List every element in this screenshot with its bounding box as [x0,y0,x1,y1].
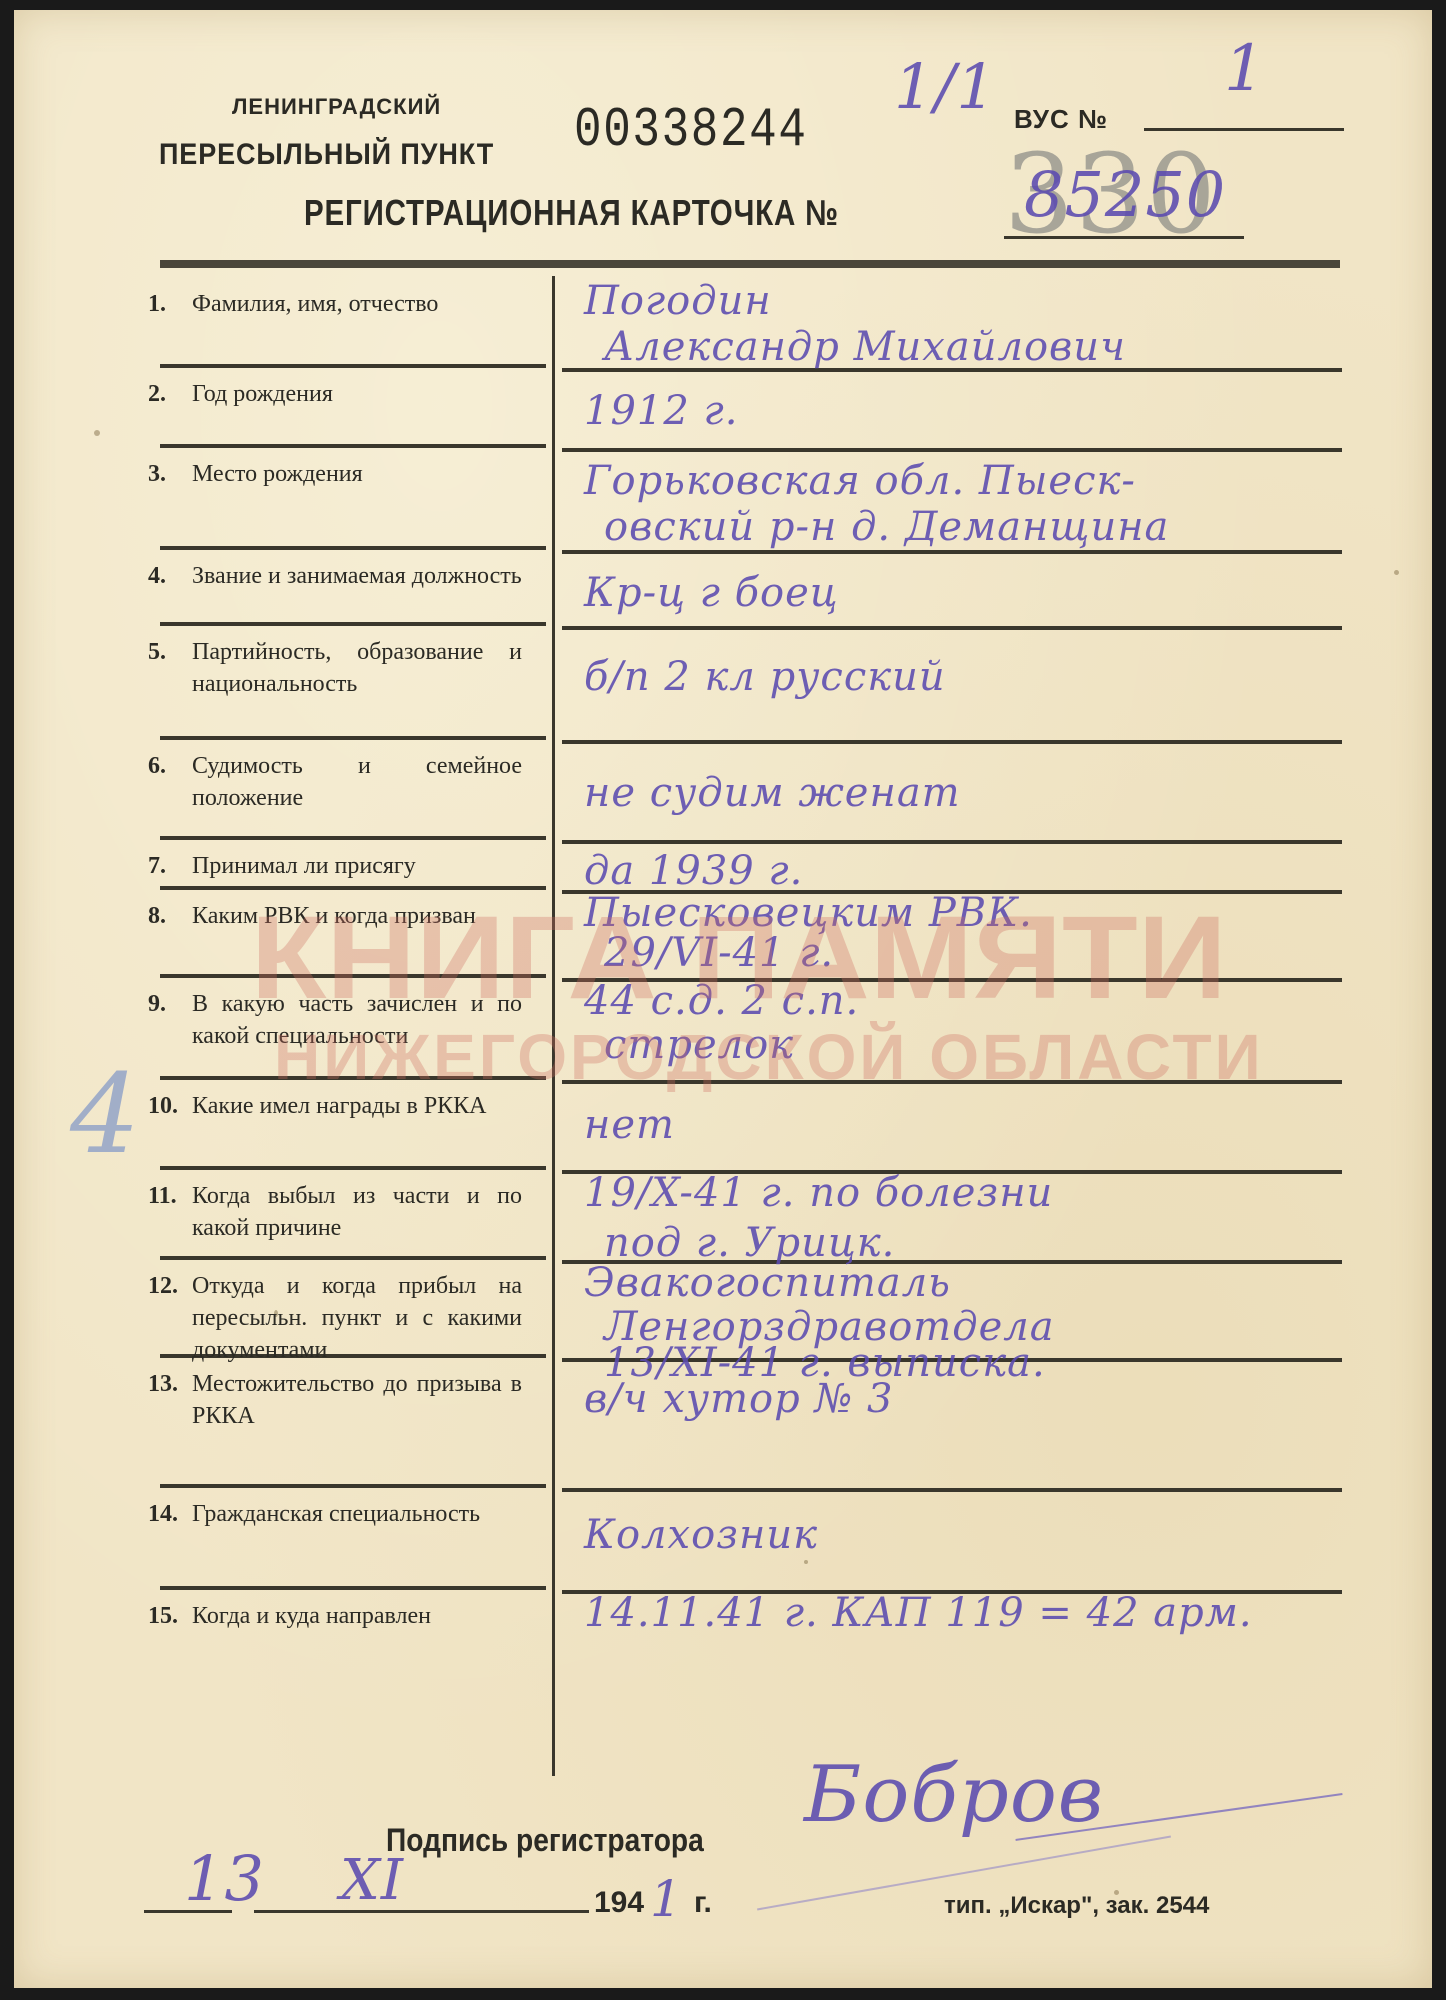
paper-speck [94,430,100,436]
handwritten-entry: 29/VI-41 г. [604,930,834,976]
field-label-4: 4.Звание и занимаемая должность [148,560,548,622]
handwritten-entry: в/ч хутор № 3 [584,1376,893,1422]
row-rule-left [160,886,546,890]
handwritten-entry: Эвакогоспиталь [584,1260,951,1306]
field-label-text: Местожительство до призыва в РККА [192,1368,522,1432]
field-label-text: Звание и занимаемая должность [192,560,522,592]
handwritten-entry: Кр-ц г боец [584,570,839,616]
field-number: 11. [148,1180,186,1212]
year-prefix: 194 [594,1886,644,1920]
row-rule-left [160,1076,546,1080]
field-number: 7. [148,850,186,882]
card-number: 85250 [1024,158,1226,231]
handwritten-entry: 14.11.41 г. КАП 119 = 42 арм. [584,1590,1253,1636]
handwritten-entry: да 1939 г. [584,848,803,894]
field-label-6: 6.Судимость и семейное положение [148,750,548,836]
handwritten-entry: Погодин [584,278,772,324]
row-rule-right [562,550,1342,554]
field-label-text: Место рождения [192,458,522,490]
card-title: РЕГИСТРАЦИОННАЯ КАРТОЧКА № [304,192,839,234]
handwritten-entry: 1912 г. [584,388,738,434]
field-number: 4. [148,560,186,592]
field-label-text: Фамилия, имя, отчество [192,288,522,320]
field-number: 2. [148,378,186,410]
column-divider [552,276,555,1776]
row-rule-left [160,444,546,448]
row-rule-right [562,740,1342,744]
field-label-1: 1.Фамилия, имя, отчество [148,288,548,364]
field-number: 8. [148,900,186,932]
handwritten-entry: нет [584,1102,675,1148]
field-label-14: 14.Гражданская специальность [148,1498,548,1586]
field-label-12: 12.Откуда и когда прибыл на пересыльн. п… [148,1270,548,1354]
row-rule-right [562,1080,1342,1084]
field-label-text: Когда выбыл из части и по какой причине [192,1180,522,1244]
margin-note: 4 [70,1050,141,1178]
row-rule-left [160,364,546,368]
field-number: 12. [148,1270,186,1302]
year-g: г. [694,1886,712,1920]
field-label-5: 5.Партийность, образование и национально… [148,636,548,736]
field-label-8: 8.Каким РВК и когда призван [148,900,548,974]
field-label-text: Судимость и семейное положение [192,750,522,814]
field-number: 6. [148,750,186,782]
field-label-9: 9.В какую часть зачислен и по какой спец… [148,988,548,1076]
field-number: 14. [148,1498,186,1530]
row-rule-right [562,626,1342,630]
row-rule-left [160,1484,546,1488]
field-number: 3. [148,458,186,490]
row-rule-left [160,836,546,840]
field-label-text: Какие имел награды в РККА [192,1090,522,1122]
paper-speck [1394,570,1399,575]
field-number: 1. [148,288,186,320]
row-rule-right [562,840,1342,844]
handwritten-entry: Колхозник [584,1512,818,1558]
row-rule-right [562,1488,1342,1492]
date-month: XI [340,1848,404,1913]
row-rule-left [160,1166,546,1170]
handwritten-entry: Горьковская обл. Пыеск- [584,458,1136,504]
header-rule [160,260,1340,268]
field-number: 5. [148,636,186,668]
registrar-signature: Бобров [804,1750,1104,1840]
year-suffix: 1 [650,1870,683,1928]
date-day: 13 [184,1842,265,1915]
row-rule-left [160,1586,546,1590]
row-rule-left [160,736,546,740]
field-label-7: 7.Принимал ли присягу [148,850,548,886]
field-label-3: 3.Место рождения [148,458,548,546]
date-month-underline [254,1910,589,1913]
field-number: 13. [148,1368,186,1400]
field-number: 9. [148,988,186,1020]
field-label-text: Откуда и когда прибыл на пересыльн. пунк… [192,1270,522,1366]
field-label-text: Год рождения [192,378,522,410]
paper-speck [804,1560,808,1564]
field-label-text: Гражданская специальность [192,1498,522,1530]
printer-imprint: тип. „Искар", зак. 2544 [944,1892,1209,1920]
row-rule-right [562,448,1342,452]
handwritten-entry: овский р-н д. Деманщина [604,504,1169,550]
field-label-text: Когда и куда направлен [192,1600,522,1632]
handwritten-entry: 19/X-41 г. по болезни [584,1170,1053,1216]
field-number: 10. [148,1090,186,1122]
row-rule-left [160,1256,546,1260]
field-number: 15. [148,1600,186,1632]
row-rule-left [160,546,546,550]
field-label-2: 2.Год рождения [148,378,548,444]
registration-card: ЛЕНИНГРАДСКИЙ ПЕРЕСЫЛЬНЫЙ ПУНКТ 00338244… [14,10,1432,1988]
field-label-text: Партийность, образование и национальност… [192,636,522,700]
field-label-13: 13.Местожительство до призыва в РККА [148,1368,548,1484]
field-label-text: Принимал ли присягу [192,850,522,882]
field-label-15: 15.Когда и куда направлен [148,1600,548,1686]
row-rule-left [160,622,546,626]
field-label-text: Каким РВК и когда призван [192,900,522,932]
field-label-10: 10.Какие имел награды в РККА [148,1090,548,1166]
vus-value: 1 [1224,32,1266,106]
handwritten-entry: не судим женат [584,770,961,816]
serial-number: 00338244 [574,98,808,162]
handwritten-entry: 44 с.д. 2 с.п. [584,978,859,1024]
handwritten-entry: б/п 2 кл русский [584,654,946,700]
org-line2: ПЕРЕСЫЛЬНЫЙ ПУНКТ [159,138,494,172]
field-label-text: В какую часть зачислен и по какой специа… [192,988,522,1052]
signature-label: Подпись регистратора [386,1822,704,1859]
serial-annotation: 1/1 [894,50,997,123]
handwritten-entry: стрелок [604,1022,794,1068]
org-line1: ЛЕНИНГРАДСКИЙ [232,94,441,120]
row-rule-left [160,974,546,978]
handwritten-entry: Александр Михайлович [604,324,1126,370]
field-label-11: 11.Когда выбыл из части и по какой причи… [148,1180,548,1256]
